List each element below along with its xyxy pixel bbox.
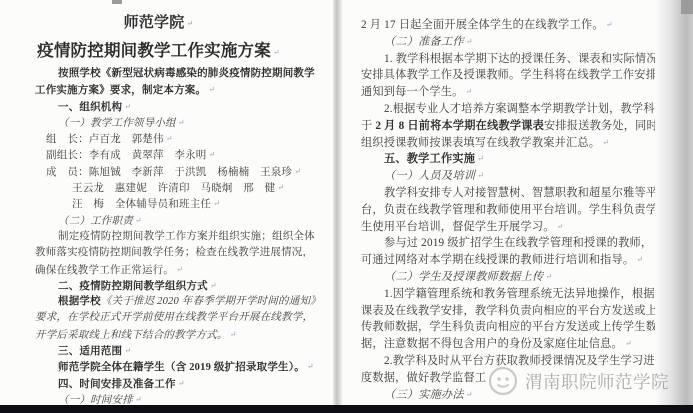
doc-line: 通知到每一个学生。 [361, 84, 651, 101]
scan-artifact-mark [112, 0, 122, 4]
doc-title-main: 疫情防控期间教学工作实施方案 [21, 36, 296, 66]
page-divider [333, 0, 342, 413]
doc-line: 确保在线教学工作正常运行。 [35, 262, 310, 278]
doc-line: 工作实施方案》要求，制定本方案。 [35, 82, 310, 98]
doc-subheading: （二）工作职责 [35, 213, 310, 229]
doc-line: 教学科安排专人对接智慧树、智慧职教和超星尔雅等平 [361, 185, 651, 202]
doc-line: 安排具体教学工作及授课教师。学生科将在线教学工作安排 [361, 67, 651, 84]
doc-line: 开学后采取线上和线下结合的教学方式。 [35, 327, 310, 343]
doc-line: 据，注意数据不得包含用户的身份及家庭住址信息。 [361, 336, 651, 353]
doc-heading: 五、教学工作实施 [361, 151, 651, 168]
doc-line: 生使用平台培训，督促学生开展学习。 [361, 219, 651, 236]
corner-shadow [681, 0, 693, 14]
doc-subheading: （二）学生及授课教师数据上传 [361, 269, 651, 286]
doc-line: 传教师数据，学生科负责向相应的平台方发送或上传学生数 [361, 319, 651, 336]
doc-line: 台，负责在线教学管理和教师使用平台培训。学生科负责学 [361, 202, 651, 219]
page-1: 师范学院 疫情防控期间教学工作实施方案 按照学校《新型冠状病毒感染的肺炎疫情防控… [0, 0, 333, 405]
doc-line: 2.教学科及时从平台方获取教师授课情况及学生学习进 [361, 353, 651, 370]
doc-line: 可通过网络对本学期在线授课的教师进行培训和指导。 [361, 252, 651, 269]
doc-line: 汪 梅 全体辅导员和班主任 [35, 196, 310, 212]
page-2: 2 月 17 日起全面开展全体学生的在线教学工作。 （二）准备工作 1. 教学科… [342, 0, 655, 405]
doc-line-segment: 安排报送教务处，同时 [544, 120, 658, 132]
bottom-black-bar [0, 405, 693, 413]
page-1-text-block: 师范学院 疫情防控期间教学工作实施方案 按照学校《新型冠状病毒感染的肺炎疫情防控… [0, 0, 333, 408]
doc-line: 1. 教学科根据本学期下达的授课任务、课表和实际情况 [361, 51, 651, 68]
doc-line: 课表及在线教学安排，教学科负责向相应的平台方发送或上 [361, 303, 651, 320]
doc-heading: 二、疫情防控期间教学组织方式 [35, 278, 310, 294]
doc-line: 副组长：李有成 黄翠萍 李永明 [35, 147, 310, 163]
doc-heading: 一、组织机构 [35, 99, 310, 115]
doc-line: 度数据，做好教学监督工 [361, 370, 651, 387]
doc-line: 1.因学籍管理系统和教务管理系统无法异地操作，根据 [361, 286, 651, 303]
doc-subheading: （三）实施办法 [361, 387, 651, 404]
doc-line: 组织授课教师按课表填写在线教学教案并汇总。 [361, 135, 651, 152]
doc-line: 王云龙 惠建妮 许清印 马晓炯 邢 健 [35, 180, 310, 196]
doc-line: 师范学院全体在籍学生（含 2019 级扩招录取学生）。 [35, 359, 310, 375]
doc-line: 组 长：卢百龙 郭楚伟 [35, 131, 310, 147]
doc-line-kai-segment: 《关于推迟 2020 年春季学期开学时间的通知》 [101, 296, 321, 307]
doc-line-segment: 于 [361, 120, 375, 132]
doc-line: 要求，在学校正式开学前使用在线教学平台开展在线教学， [35, 310, 310, 326]
page-edge-shadow [655, 0, 693, 413]
doc-subheading: （一）人员及培训 [361, 168, 651, 185]
doc-line: 于 2 月 8 日前将本学期在线教学课表安排报送教务处，同时 [361, 118, 651, 135]
doc-line: 参与过 2019 级扩招学生在线教学管理和授课的教师， [361, 235, 651, 252]
doc-line: 2 月 17 日起全面开展全体学生的在线教学工作。 [361, 17, 651, 34]
doc-line: 2.根据专业人才培养方案调整本学期教学计划，教学科 [361, 101, 651, 118]
doc-subheading: （二）准备工作 [361, 34, 651, 51]
doc-line-bold-segment: 根据学校 [58, 296, 101, 307]
doc-title-org: 师范学院 [21, 10, 296, 36]
doc-line: 按照学校《新型冠状病毒感染的肺炎疫情防控期间教学 [35, 66, 310, 82]
doc-heading: 四、时间安排及准备工作 [35, 376, 310, 392]
doc-line: 成 员：陈旭铖 李新萍 于洪凯 杨楠楠 王泉珍 [35, 164, 310, 180]
doc-heading: 三、适用范围 [35, 343, 310, 359]
doc-line: 制定疫情防控期间教学工作方案并组织实施；组织全体 [35, 229, 310, 245]
page-2-text-block: 2 月 17 日起全面开展全体学生的在线教学工作。 （二）准备工作 1. 教学科… [342, 0, 655, 403]
doc-subheading: （一）教学工作领导小组 [35, 115, 310, 131]
doc-line-bold-segment: 2 月 8 日前将本学期在线教学课表 [375, 120, 544, 132]
doc-line: 教师落实疫情防控期间教学任务；检查在线教学进展情况， [35, 245, 310, 261]
doc-line: 根据学校《关于推迟 2020 年春季学期开学时间的通知》 [35, 294, 310, 310]
document-page-spread: 师范学院 疫情防控期间教学工作实施方案 按照学校《新型冠状病毒感染的肺炎疫情防控… [0, 0, 693, 413]
